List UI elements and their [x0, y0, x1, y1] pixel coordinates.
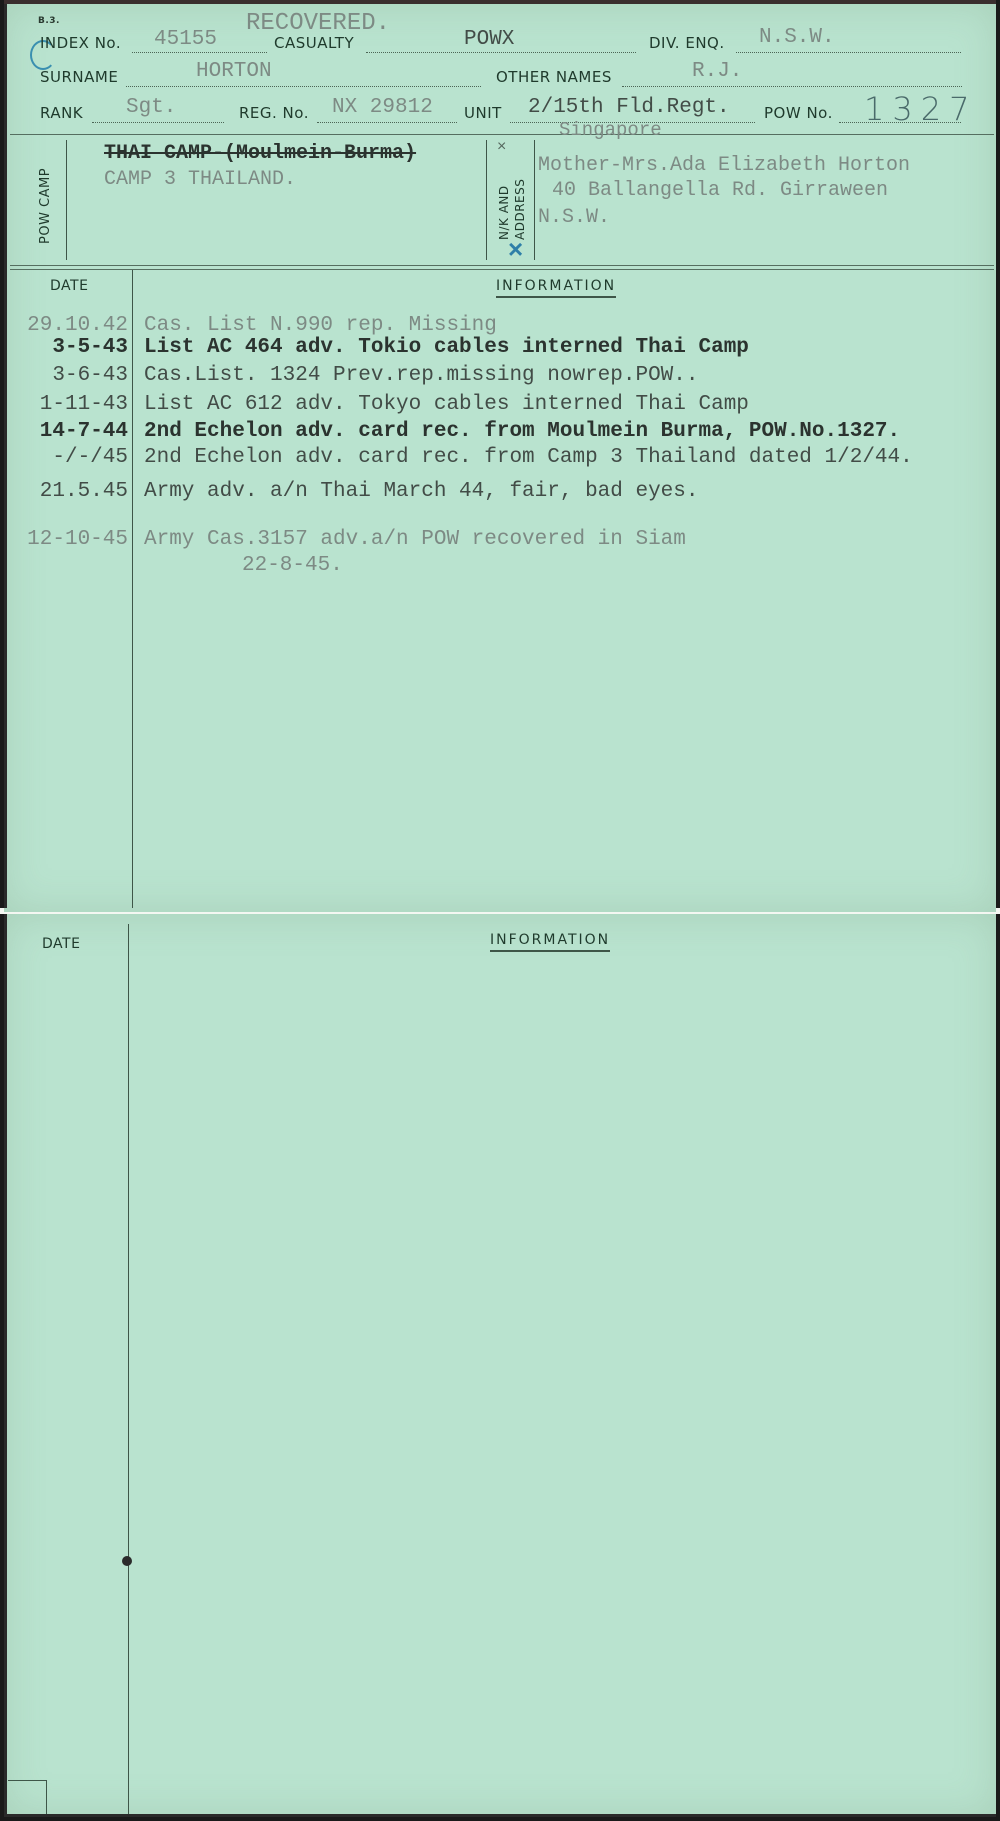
- row-date: 12-10-45: [27, 528, 128, 551]
- nk-label-line-2: ADDRESS: [512, 179, 528, 240]
- corner-box: [8, 1780, 47, 1815]
- casualty-line: [366, 52, 636, 53]
- pow-camp-label: POW CAMP: [38, 168, 53, 244]
- row-date: 21.5.45: [40, 480, 128, 503]
- casualty-card-back: DATE INFORMATION: [4, 914, 996, 1816]
- casualty-card-front: B.3. RECOVERED. INDEX No. 45155 CASUALTY…: [4, 0, 996, 912]
- pow-no-value: 1327: [864, 90, 977, 128]
- row-information: List AC 464 adv. Tokio cables interned T…: [144, 336, 749, 359]
- row-date: 29.10.42: [27, 314, 128, 337]
- row-information: Cas. List N.990 rep. Missing: [144, 314, 497, 337]
- row-date: -/-/45: [52, 446, 128, 469]
- row-date: 1-11-43: [40, 393, 128, 416]
- reg-no-label: REG. No.: [239, 104, 309, 122]
- row-date: 14-7-44: [40, 420, 128, 443]
- other-names-label: OTHER NAMES: [496, 68, 612, 86]
- nk-right-divider: [534, 140, 535, 260]
- card-bottom-edge: [4, 1814, 996, 1817]
- reg-no-line: [317, 122, 457, 123]
- row-information-continued: 22-8-45.: [242, 554, 343, 577]
- card-edge: [4, 4, 7, 908]
- blue-tick-mark: ×: [508, 234, 523, 265]
- pow-camp-line-1: THAI CAMP-(Moulmein-Burma): [104, 142, 416, 165]
- row-information: 2nd Echelon adv. card rec. from Camp 3 T…: [144, 446, 913, 469]
- nk-address-line-3: N.S.W.: [538, 206, 610, 229]
- surname-line: [126, 86, 481, 87]
- recovered-stamp: RECOVERED.: [246, 10, 390, 37]
- information-column-header: INFORMATION: [490, 932, 610, 952]
- information-column-header: INFORMATION: [496, 278, 616, 298]
- casualty-value: POWX: [464, 28, 514, 51]
- nk-note-singapore: Singapore: [559, 119, 662, 141]
- row-date: 3-5-43: [52, 336, 128, 359]
- nk-address-line-2: 40 Ballangella Rd. Girraween: [552, 179, 888, 202]
- date-column-header: DATE: [42, 936, 80, 952]
- row-information: List AC 612 adv. Tokyo cables interned T…: [144, 393, 749, 416]
- rank-value: Sgt.: [126, 96, 176, 119]
- date-info-divider: [128, 924, 129, 1814]
- rank-label: RANK: [40, 104, 83, 122]
- unit-label: UNIT: [464, 104, 502, 122]
- date-column-header: DATE: [50, 278, 88, 294]
- pow-camp-divider: [66, 140, 67, 260]
- double-rule-bottom: [10, 269, 994, 270]
- row-information: 2nd Echelon adv. card rec. from Moulmein…: [144, 420, 900, 443]
- punch-hole: [122, 1556, 132, 1566]
- other-names-line: [622, 86, 962, 87]
- x-mark-icon: ×: [497, 138, 506, 156]
- reg-no-value: NX 29812: [332, 96, 433, 119]
- casualty-label: CASUALTY: [274, 34, 354, 52]
- pow-no-label: POW No.: [764, 104, 833, 122]
- nk-label-line-1: N/K AND: [496, 179, 512, 240]
- date-info-divider: [132, 270, 133, 908]
- box-top-rule: [10, 134, 994, 135]
- form-code: B.3.: [38, 16, 60, 26]
- div-enq-line: [736, 52, 961, 53]
- index-no-value: 45155: [154, 28, 217, 51]
- pow-camp-line-2: CAMP 3 THAILAND.: [104, 168, 296, 191]
- div-enq-value: N.S.W.: [759, 26, 835, 49]
- row-information: Army adv. a/n Thai March 44, fair, bad e…: [144, 480, 699, 503]
- index-no-line: [132, 52, 267, 53]
- nk-address-line-1: Mother-Mrs.Ada Elizabeth Horton: [538, 154, 910, 177]
- row-information: Cas.List. 1324 Prev.rep.missing nowrep.P…: [144, 364, 699, 387]
- row-date: 3-6-43: [52, 364, 128, 387]
- row-information: Army Cas.3157 adv.a/n POW recovered in S…: [144, 528, 686, 551]
- other-names-value: R.J.: [692, 60, 742, 83]
- unit-value: 2/15th Fld.Regt.: [528, 96, 730, 119]
- surname-value: HORTON: [196, 60, 272, 83]
- card-edge: [4, 914, 7, 1816]
- surname-label: SURNAME: [40, 68, 118, 86]
- double-rule-top: [10, 265, 994, 266]
- nk-label-block: N/K AND ADDRESS: [460, 179, 492, 240]
- index-no-label: INDEX No.: [40, 34, 121, 52]
- div-enq-label: DIV. ENQ.: [649, 34, 725, 52]
- rank-line: [92, 122, 224, 123]
